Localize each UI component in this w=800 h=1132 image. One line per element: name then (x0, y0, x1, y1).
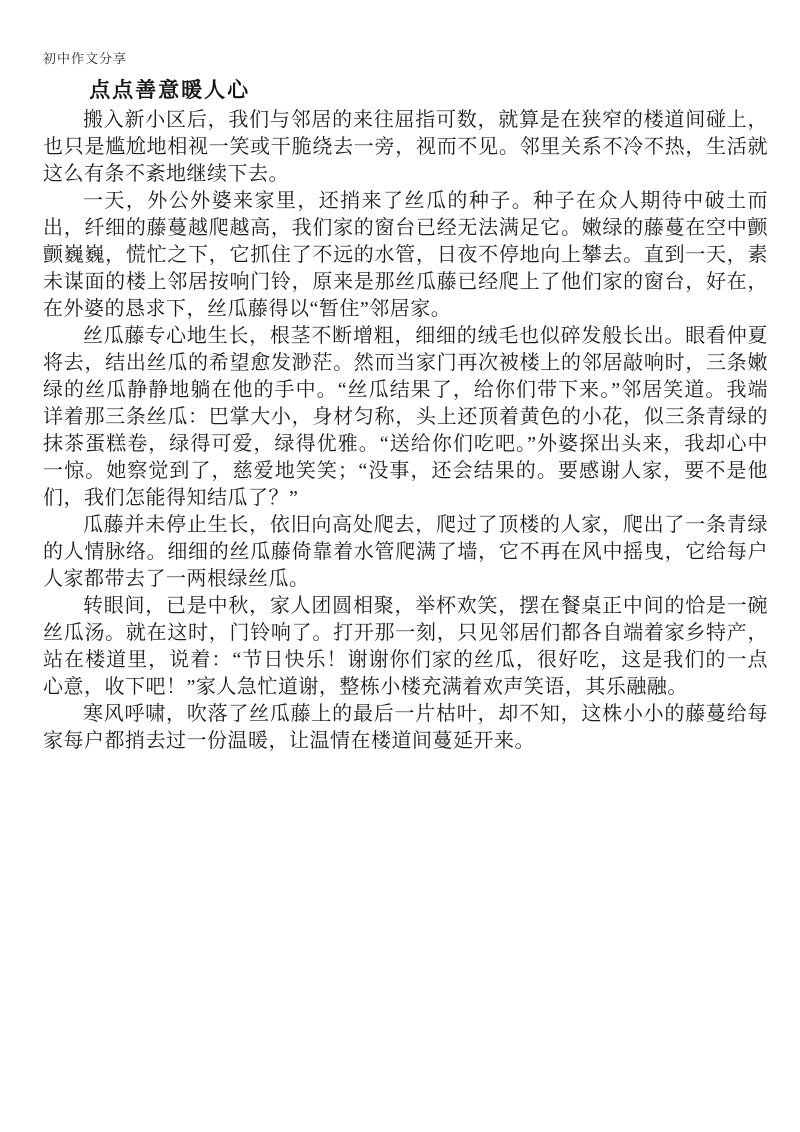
essay-body: 搬入新小区后，我们与邻居的来往屈指可数，就算是在狭窄的楼道间碰上，也只是尴尬地相… (43, 107, 768, 755)
paragraph: 寒风呼啸，吹落了丝瓜藤上的最后一片枯叶，却不知，这株小小的藤蔓给每家每户都捎去过… (43, 701, 768, 755)
paragraph: 瓜藤并未停止生长，依旧向高处爬去，爬过了顶楼的人家，爬出了一条青绿的人情脉络。细… (43, 512, 768, 593)
document-page: 初中作文分享 点点善意暖人心 搬入新小区后，我们与邻居的来往屈指可数，就算是在狭… (0, 0, 800, 1132)
paragraph: 转眼间，已是中秋，家人团圆相聚，举杯欢笑，摆在餐桌正中间的恰是一碗丝瓜汤。就在这… (43, 593, 768, 701)
essay-title: 点点善意暖人心 (43, 76, 768, 104)
header-note: 初中作文分享 (43, 50, 768, 68)
paragraph: 丝瓜藤专心地生长，根茎不断增粗，细细的绒毛也似碎发般长出。眼看仲夏将去，结出丝瓜… (43, 323, 768, 512)
paragraph: 搬入新小区后，我们与邻居的来往屈指可数，就算是在狭窄的楼道间碰上，也只是尴尬地相… (43, 107, 768, 188)
paragraph: 一天，外公外婆来家里，还捎来了丝瓜的种子。种子在众人期待中破土而出，纤细的藤蔓越… (43, 188, 768, 323)
